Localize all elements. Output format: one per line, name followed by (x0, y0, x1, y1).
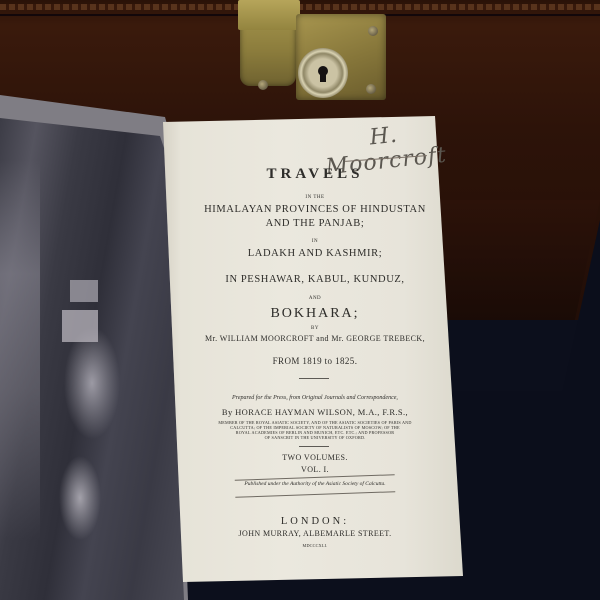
prepared-note: Prepared for the Press, from Original Jo… (175, 395, 455, 401)
volume-number: VOL. I. (175, 465, 455, 474)
subtitle-connector: IN THE (175, 195, 455, 200)
subtitle-line-2: AND THE PANJAB; (175, 218, 455, 229)
title-page: H. Moorcroft TRAVELS IN THE HIMALAYAN PR… (175, 118, 455, 578)
subtitle-line-5: BOKHARA; (175, 306, 455, 322)
editor: By HORACE HAYMAN WILSON, M.A., F.R.S., (175, 407, 455, 417)
brass-hasp-hinge (238, 0, 300, 30)
volume-count: TWO VOLUMES. (175, 453, 455, 462)
divider-rule (299, 446, 329, 447)
engraving-mountain-mist (0, 160, 40, 540)
subtitle-connector: BY (175, 326, 455, 331)
case-stitching (0, 4, 600, 10)
imprint-year: MDCCCXLI. (175, 543, 455, 548)
imprint-publisher: JOHN MURRAY, ALBEMARLE STREET. (175, 529, 455, 538)
case-side (430, 200, 600, 322)
date-range: FROM 1819 to 1825. (175, 356, 455, 366)
authors: Mr. WILLIAM MOORCROFT and Mr. GEORGE TRE… (175, 334, 455, 343)
imprint-city: LONDON: (175, 516, 455, 527)
editor-credit-4: OF SANSCRIT IN THE UNIVERSITY OF OXFORD. (175, 435, 455, 440)
book-title: TRAVELS (175, 166, 455, 183)
subtitle-connector: AND (175, 296, 455, 301)
screw-icon (368, 26, 378, 36)
subtitle-line-4: IN PESHAWAR, KABUL, KUNDUZ, (175, 274, 455, 285)
screw-icon (366, 84, 376, 94)
divider-rule (299, 378, 329, 379)
subtitle-connector: IN (175, 239, 455, 244)
screw-icon (258, 80, 268, 90)
keyhole-slot (320, 72, 326, 82)
published-note: Published under the Authority of the Asi… (175, 481, 455, 487)
subtitle-line-3: LADAKH AND KASHMIR; (175, 248, 455, 259)
engraving-fort (62, 310, 98, 342)
engraving-fort-tower (70, 280, 98, 302)
subtitle-line-1: HIMALAYAN PROVINCES OF HINDUSTAN (175, 204, 455, 215)
